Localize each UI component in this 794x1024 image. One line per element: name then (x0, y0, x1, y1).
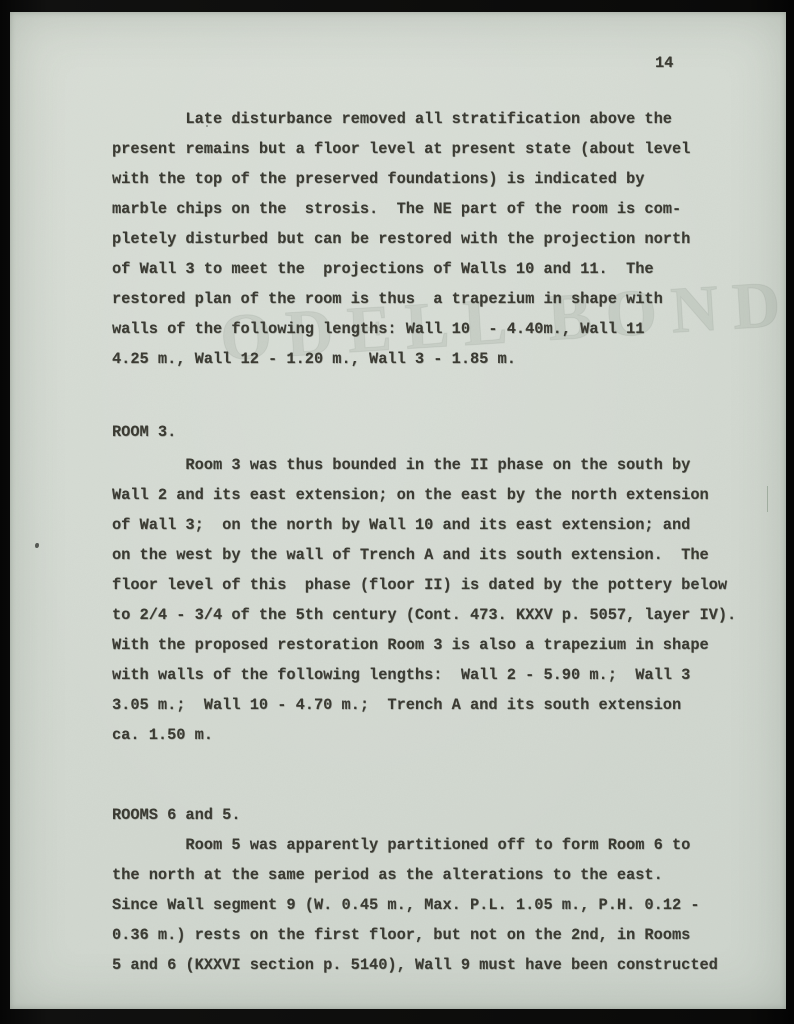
text-line: 3.05 m.; Wall 10 - 4.70 m.; Trench A and… (112, 690, 736, 720)
paragraph-room3: Room 3 was thus bounded in the II phase … (112, 450, 736, 750)
scan-scratch (767, 486, 768, 512)
text-line: with walls of the following lengths: Wal… (112, 660, 736, 690)
text-line: walls of the following lengths: Wall 10 … (112, 314, 690, 344)
text-line: floor level of this phase (floor II) is … (112, 570, 736, 600)
paragraph-intro: Late disturbance removed all stratificat… (112, 104, 690, 374)
text-line: of Wall 3 to meet the projections of Wal… (112, 254, 690, 284)
text-line: marble chips on the strosis. The NE part… (112, 194, 690, 224)
text-line: ca. 1.50 m. (112, 720, 736, 750)
text-line: to 2/4 - 3/4 of the 5th century (Cont. 4… (112, 600, 736, 630)
section-heading-rooms-6-and-5: ROOMS 6 and 5. (112, 800, 241, 830)
ink-speck (35, 543, 39, 548)
paragraph-rooms-6-and-5: Room 5 was apparently partitioned off to… (112, 830, 718, 980)
text-line: Room 3 was thus bounded in the II phase … (112, 450, 736, 480)
text-line: pletely disturbed but can be restored wi… (112, 224, 690, 254)
text-line: Late disturbance removed all stratificat… (112, 104, 690, 134)
page-number: 14 (655, 48, 673, 78)
text-line: Since Wall segment 9 (W. 0.45 m., Max. P… (112, 890, 718, 920)
text-line: on the west by the wall of Trench A and … (112, 540, 736, 570)
text-line: of Wall 3; on the north by Wall 10 and i… (112, 510, 736, 540)
text-line: with the top of the preserved foundation… (112, 164, 690, 194)
text-line: Room 5 was apparently partitioned off to… (112, 830, 718, 860)
text-line: 4.25 m., Wall 12 - 1.20 m., Wall 3 - 1.8… (112, 344, 690, 374)
text-line: With the proposed restoration Room 3 is … (112, 630, 736, 660)
ink-speck (206, 125, 208, 127)
text-line: 0.36 m.) rests on the first floor, but n… (112, 920, 718, 950)
document-page: ODELL BOND 14 Late disturbance removed a… (10, 12, 786, 1009)
text-line: restored plan of the room is thus a trap… (112, 284, 690, 314)
text-line: the north at the same period as the alte… (112, 860, 718, 890)
text-line: 5 and 6 (KXXVI section p. 5140), Wall 9 … (112, 950, 718, 980)
section-heading-room3: ROOM 3. (112, 417, 176, 447)
text-line: Wall 2 and its east extension; on the ea… (112, 480, 736, 510)
text-line: present remains but a floor level at pre… (112, 134, 690, 164)
